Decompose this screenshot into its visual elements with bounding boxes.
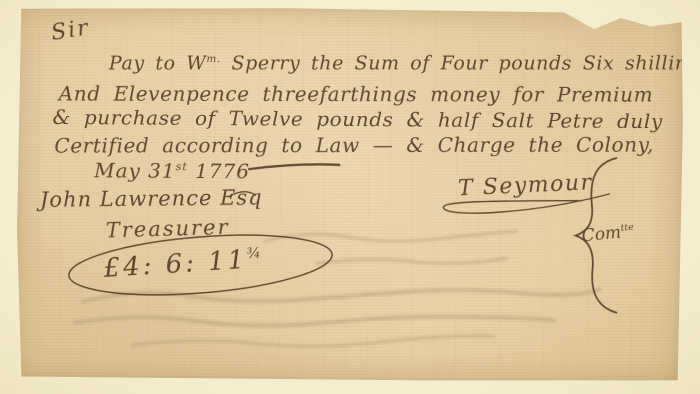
body-line-2: And Elevenpence threefarthings money for…: [59, 82, 654, 107]
date-pre: May 31: [94, 158, 176, 183]
payee-name-superscript: m.: [206, 53, 220, 65]
body-line-pay: Pay to Wm. Sperry the Sum of Four pounds…: [109, 52, 700, 74]
bleedthrough-marks: [73, 228, 602, 349]
body-line-3: & purchase of Twelve pounds & half Salt …: [52, 105, 662, 133]
pay-line-pre: Pay to W: [109, 52, 206, 74]
committee-abbrev: Com: [581, 223, 622, 247]
document-paper: Sir Pay to Wm. Sperry the Sum of Four po…: [15, 6, 685, 384]
salutation: Sir: [49, 15, 91, 45]
committee-superscript: tte: [620, 222, 634, 234]
addressee-title: Treasurer: [105, 215, 229, 242]
scanned-document-mat: Sir Pay to Wm. Sperry the Sum of Four po…: [0, 0, 700, 394]
amount-text: £4: 6: 11: [103, 245, 248, 284]
date-ordinal-superscript: st: [176, 160, 188, 173]
signature-seymour: T Seymour: [458, 170, 593, 201]
addressee-name: John Lawrence Esq: [40, 185, 263, 211]
date-dash: [248, 164, 340, 170]
amount-fraction: ¾: [246, 245, 264, 262]
committee-label: Comtte: [581, 221, 635, 246]
body-line-4: Certified according to Law — & Charge th…: [54, 133, 654, 158]
amount-total: £4: 6: 11¾: [103, 244, 265, 284]
date-line: May 31st 1776: [94, 158, 250, 183]
pay-line-post: Sperry the Sum of Four pounds Six shilli…: [221, 52, 700, 74]
date-year: 1776: [188, 159, 250, 183]
